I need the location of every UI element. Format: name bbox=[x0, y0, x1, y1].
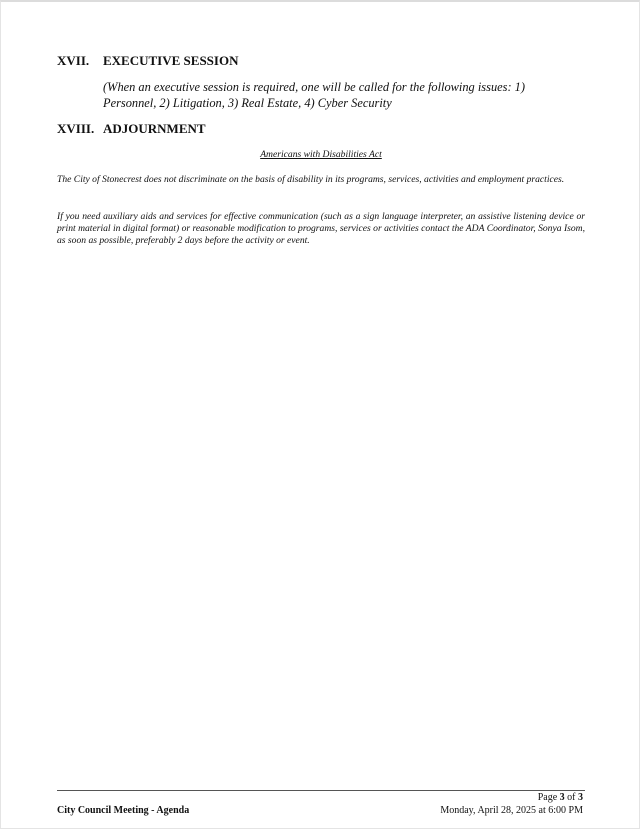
footer-divider bbox=[57, 790, 585, 791]
ada-title: Americans with Disabilities Act bbox=[1, 149, 640, 160]
executive-session-note: (When an executive session is required, … bbox=[103, 79, 553, 111]
note-line: Personnel, 2) Litigation, 3) Real Estate… bbox=[103, 95, 553, 111]
section-title: ADJOURNMENT bbox=[103, 121, 206, 136]
section-heading-executive-session: XVII.EXECUTIVE SESSION bbox=[57, 53, 238, 69]
section-number: XVII. bbox=[57, 53, 103, 69]
page-of: of bbox=[565, 792, 578, 803]
note-line: (When an executive session is required, … bbox=[103, 79, 553, 95]
page-number: Page 3 of 3 bbox=[440, 792, 583, 805]
section-heading-adjournment: XVIII.ADJOURNMENT bbox=[57, 121, 206, 137]
page-total: 3 bbox=[578, 792, 583, 803]
section-title: EXECUTIVE SESSION bbox=[103, 53, 238, 68]
ada-nondiscrimination-paragraph: The City of Stonecrest does not discrimi… bbox=[57, 174, 585, 186]
footer-page-info: Page 3 of 3 Monday, April 28, 2025 at 6:… bbox=[440, 792, 583, 817]
section-number: XVIII. bbox=[57, 121, 103, 137]
page-prefix: Page bbox=[538, 792, 560, 803]
ada-accommodation-paragraph: If you need auxiliary aids and services … bbox=[57, 211, 585, 247]
meeting-datetime: Monday, April 28, 2025 at 6:00 PM bbox=[440, 805, 583, 818]
footer-meeting-title: City Council Meeting - Agenda bbox=[57, 805, 189, 816]
document-page: XVII.EXECUTIVE SESSION (When an executiv… bbox=[0, 0, 640, 829]
